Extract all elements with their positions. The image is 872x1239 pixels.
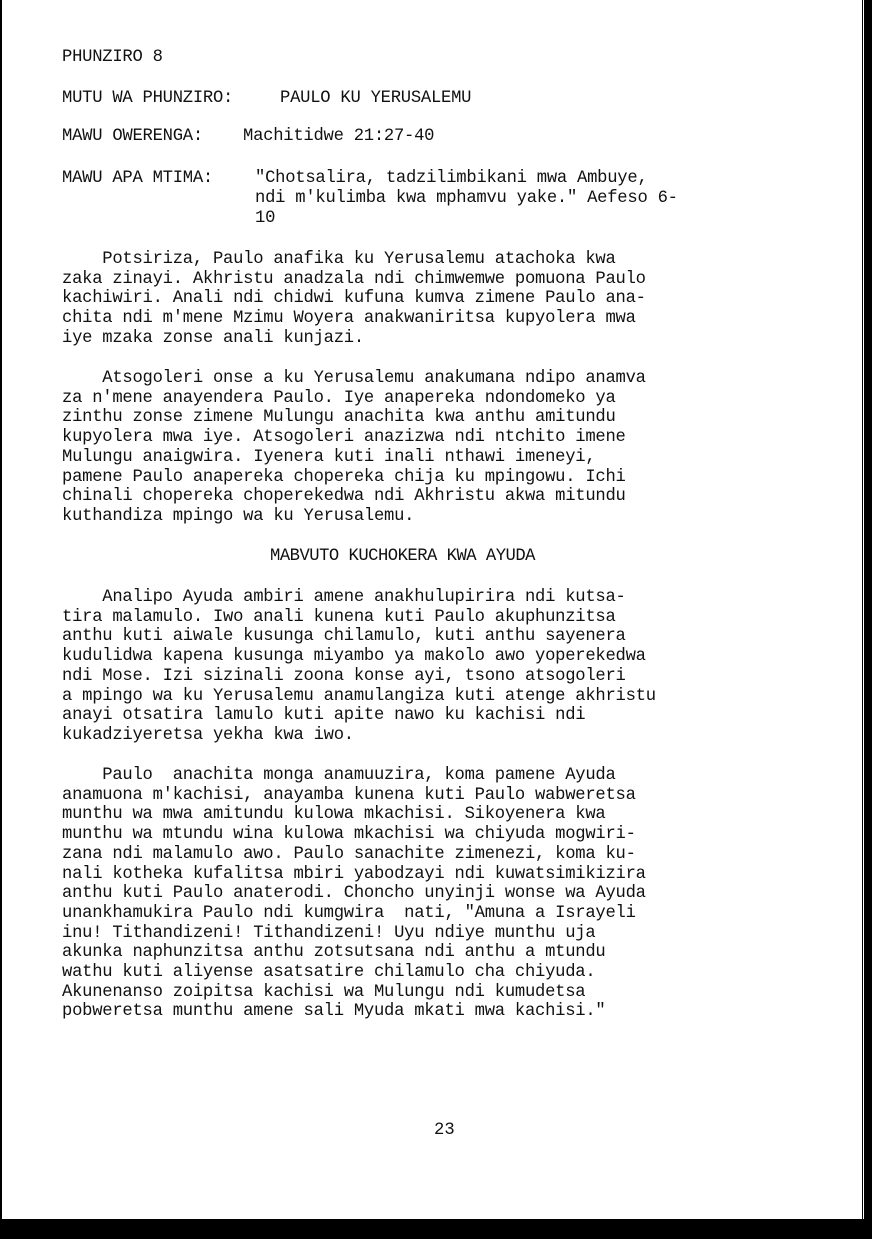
lesson-title-label: MUTU WA PHUNZIRO: — [62, 89, 233, 108]
text-line: zinthu zonse zimene Mulungu anachita kwa… — [62, 408, 616, 427]
text-line: akunka naphunzitsa anthu zotsutsana ndi … — [62, 943, 605, 962]
text-line: nali kotheka kufalitsa mbiri yabodzayi n… — [62, 865, 646, 884]
text-line: chita ndi m'mene Mzimu Woyera anakwaniri… — [62, 309, 636, 328]
text-line: za n'mene anayendera Paulo. Iye anaperek… — [62, 389, 616, 408]
text-line: Potsiriza, Paulo anafika ku Yerusalemu a… — [62, 250, 616, 269]
lesson-title: PAULO KU YERUSALEMU — [280, 89, 471, 108]
text-line: kupyolera mwa iye. Atsogoleri anazizwa n… — [62, 428, 626, 447]
memory-verse-line: 10 — [255, 209, 275, 228]
text-line: anthu kuti aiwale kusunga chilamulo, kut… — [62, 627, 626, 646]
scan-left-edge — [0, 0, 2, 1239]
page-number: 23 — [434, 1121, 455, 1140]
text-line: anthu kuti Paulo anaterodi. Choncho unyi… — [62, 884, 646, 903]
text-line: anamuona m'kachisi, anayamba kunena kuti… — [62, 786, 636, 805]
text-line: unankhamukira Paulo ndi kumgwira nati, "… — [62, 904, 636, 923]
text-line: Atsogoleri onse a ku Yerusalemu anakuman… — [62, 369, 646, 388]
text-line: munthu wa mtundu wina kulowa mkachisi wa… — [62, 825, 636, 844]
text-line: munthu wa mwa amitundu kulowa mkachisi. … — [62, 805, 605, 824]
text-line: zaka zinayi. Akhristu anadzala ndi chimw… — [62, 270, 646, 289]
text-line: iye mzaka zonse anali kunjazi. — [62, 329, 364, 348]
memory-verse-line: "Chotsalira, tadzilimbikani mwa Ambuye, — [255, 169, 648, 188]
memory-verse-line: ndi m'kulimba kwa mphamvu yake." Aefeso … — [255, 189, 678, 208]
text-line: inu! Tithandizeni! Tithandizeni! Uyu ndi… — [62, 924, 595, 943]
memory-verse-label: MAWU APA MTIMA: — [62, 169, 213, 188]
text-line: Mulungu anaigwira. Iyenera kuti inali nt… — [62, 448, 595, 467]
text-line: a mpingo wa ku Yerusalemu anamulangiza k… — [62, 687, 656, 706]
section-heading: MABVUTO KUCHOKERA KWA AYUDA — [270, 547, 535, 566]
text-line: pobweretsa munthu amene sali Myuda mkati… — [62, 1002, 605, 1021]
text-line: kudulidwa kapena kusunga miyambo ya mako… — [62, 647, 646, 666]
text-line: kachiwiri. Anali ndi chidwi kufuna kumva… — [62, 289, 646, 308]
text-line: kukadziyeretsa yekha kwa iwo. — [62, 726, 354, 745]
text-line: kuthandiza mpingo wa ku Yerusalemu. — [62, 507, 414, 526]
text-line: chinali chopereka choperekedwa ndi Akhri… — [62, 487, 626, 506]
text-line: pamene Paulo anapereka chopereka chija k… — [62, 468, 626, 487]
lesson-number: PHUNZIRO 8 — [62, 48, 163, 67]
text-line: ndi Mose. Izi sizinali zoona konse ayi, … — [62, 667, 626, 686]
text-line: Paulo anachita monga anamuuzira, koma pa… — [62, 766, 616, 785]
text-line: anayi otsatira lamulo kuti apite nawo ku… — [62, 706, 585, 725]
text-line: Analipo Ayuda ambiri amene anakhulupirir… — [62, 588, 626, 607]
reading-label: MAWU OWERENGA: — [62, 127, 203, 146]
scan-right-border — [864, 0, 872, 1239]
text-line: tira malamulo. Iwo anali kunena kuti Pau… — [62, 608, 616, 627]
scan-bottom-border — [0, 1219, 872, 1239]
text-line: zana ndi malamulo awo. Paulo sanachite z… — [62, 845, 636, 864]
text-line: wathu kuti aliyense asatsatire chilamulo… — [62, 963, 595, 982]
text-line: Akunenanso zoipitsa kachisi wa Mulungu n… — [62, 983, 585, 1002]
reading-reference: Machitidwe 21:27-40 — [243, 127, 434, 146]
